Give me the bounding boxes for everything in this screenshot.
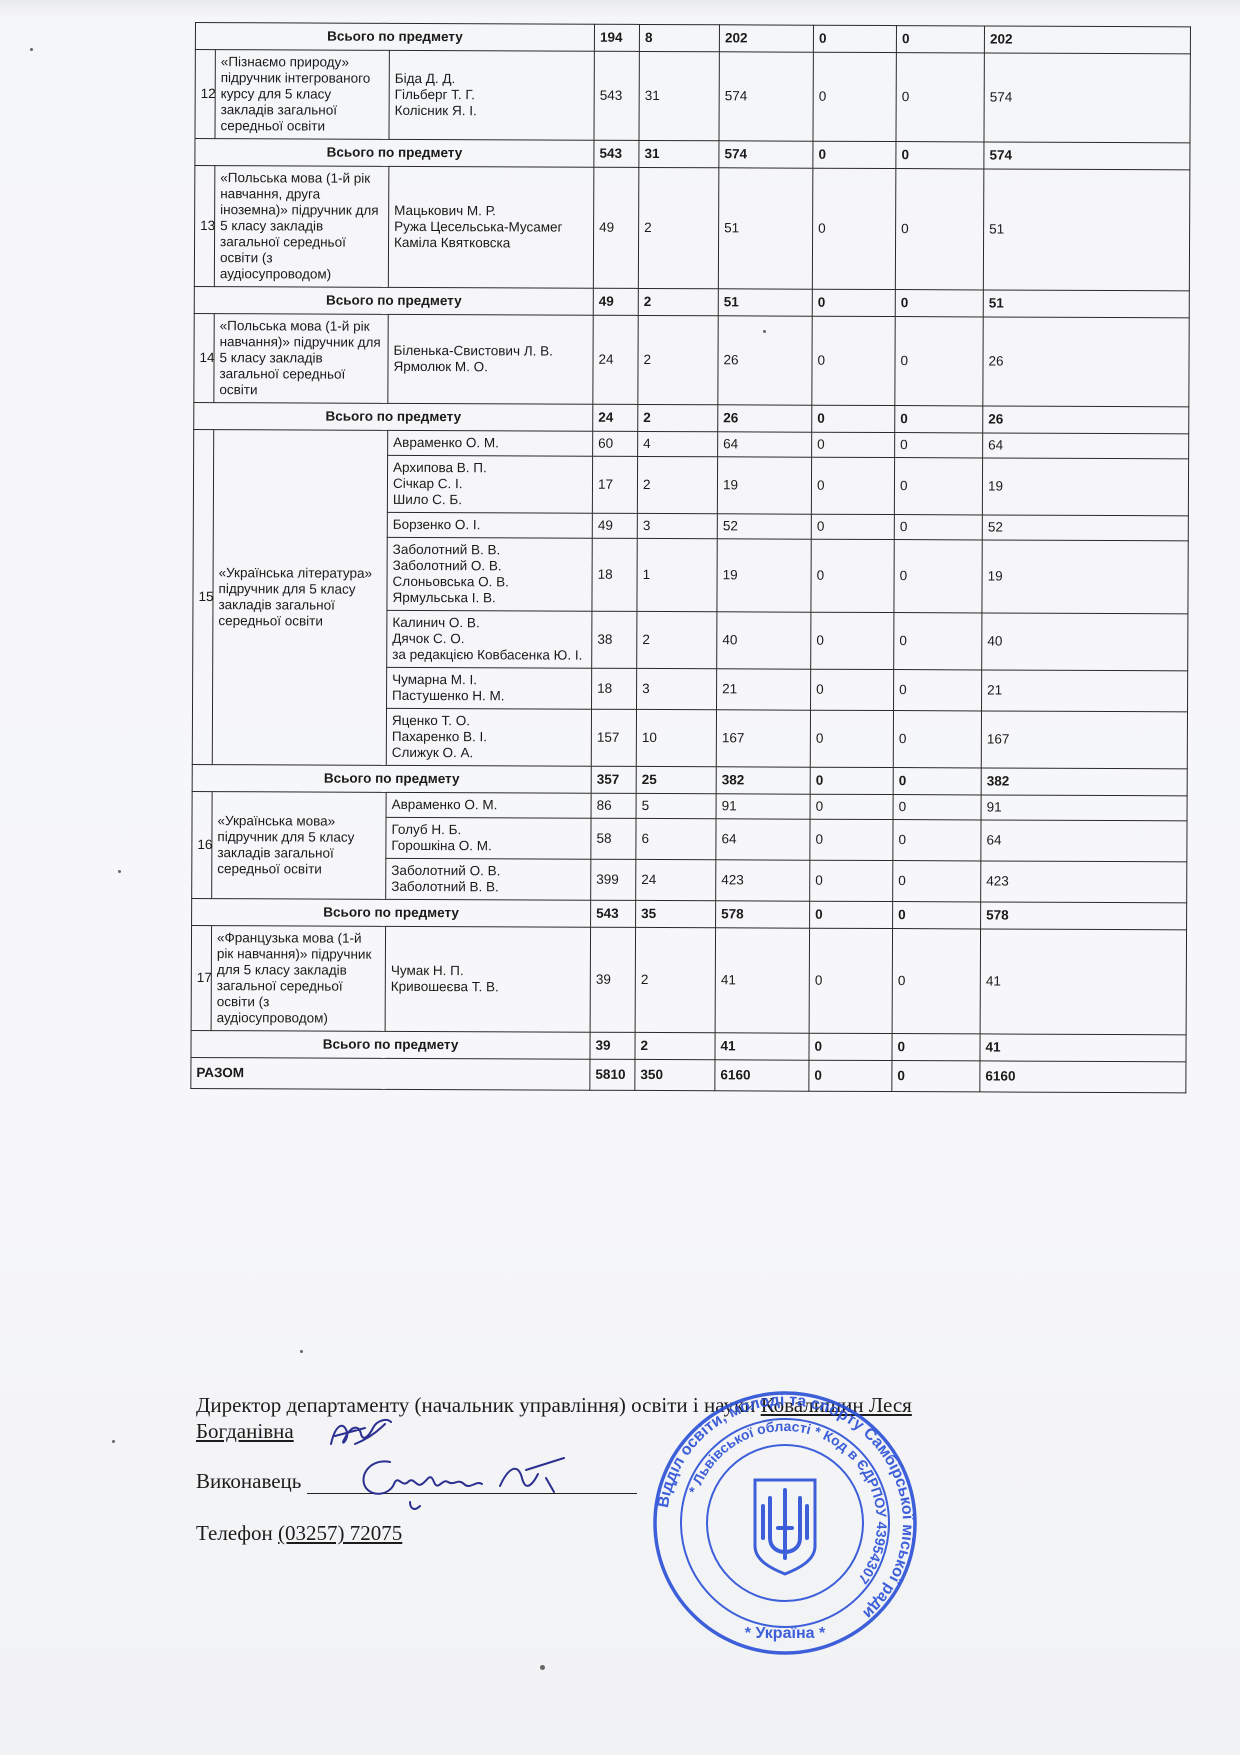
total-value: 0 — [812, 289, 895, 316]
subject-total-row: Всього по предмету3572538200382 — [192, 764, 1187, 795]
value-cell: 19 — [717, 457, 811, 514]
value-cell: 21 — [717, 669, 811, 710]
phone-number: (03257) 72075 — [278, 1521, 402, 1545]
subject-index: 13 — [194, 166, 215, 287]
value-cell: 64 — [983, 433, 1189, 459]
official-stamp: Відділ освіти, молоді та спорту Самбірсь… — [650, 1388, 920, 1658]
total-value: 578 — [981, 902, 1187, 930]
value-cell: 0 — [895, 317, 983, 406]
value-cell: 0 — [893, 820, 981, 861]
total-value: 0 — [892, 1034, 980, 1061]
value-cell: 0 — [811, 612, 894, 669]
total-value: 0 — [895, 406, 983, 433]
total-value: 51 — [983, 290, 1189, 318]
total-value: 39 — [590, 1032, 635, 1059]
authors-cell: Біда Д. Д. Гільберг Т. Г. Колісник Я. І. — [389, 50, 594, 140]
value-cell: 0 — [894, 540, 982, 613]
value-cell: 423 — [716, 860, 810, 901]
value-cell: 60 — [593, 431, 638, 456]
subject-total-row: Всього по предмету5433157400574 — [195, 139, 1190, 170]
value-cell: 26 — [983, 317, 1189, 407]
value-cell: 0 — [895, 433, 983, 458]
authors-cell: Заболотний О. В. Заболотний В. В. — [386, 858, 591, 900]
value-cell: 39 — [590, 927, 635, 1032]
value-cell: 0 — [894, 458, 982, 515]
authors-cell: Калинич О. В. Дячок С. О. за редакцією К… — [387, 610, 592, 668]
value-cell: 0 — [812, 168, 896, 289]
value-cell: 5 — [636, 793, 716, 818]
value-cell: 49 — [593, 167, 639, 288]
total-label: Всього по предмету — [195, 139, 594, 168]
total-value: 202 — [984, 26, 1190, 54]
total-value: 543 — [591, 900, 636, 927]
value-cell: 24 — [636, 859, 716, 900]
total-value: 0 — [892, 1061, 980, 1092]
value-cell: 0 — [894, 613, 982, 670]
total-value: 202 — [719, 25, 813, 52]
total-value: 2 — [638, 288, 718, 315]
value-cell: 0 — [811, 514, 894, 539]
value-cell: 3 — [637, 513, 717, 538]
value-cell: 574 — [719, 52, 813, 141]
table-row: 14«Польська мова (1-й рік навчання)» під… — [194, 313, 1189, 406]
authors-cell: Мацькович М. Р. Ружа Цесельська-Мусамег … — [388, 166, 594, 288]
total-value: 0 — [813, 141, 896, 168]
scan-speck — [118, 870, 121, 873]
authors-cell: Чумарна М. І. Пастушенко Н. М. — [387, 667, 592, 709]
scan-speck — [763, 330, 766, 333]
value-cell: 2 — [638, 315, 718, 404]
total-value: 26 — [718, 405, 812, 432]
value-cell: 0 — [812, 316, 895, 405]
value-cell: 38 — [592, 611, 637, 668]
value-cell: 18 — [592, 538, 637, 611]
executor-signature — [350, 1448, 610, 1514]
authors-cell: Чумак Н. П. Кривошеєва Т. В. — [385, 926, 590, 1032]
total-value: 2 — [638, 404, 718, 431]
value-cell: 24 — [593, 315, 638, 404]
value-cell: 167 — [981, 711, 1187, 769]
total-value: 0 — [810, 767, 893, 794]
subject-index: 12 — [195, 50, 215, 139]
total-value: 41 — [980, 1034, 1186, 1062]
value-cell: 51 — [983, 169, 1190, 291]
subject-index: 17 — [191, 925, 211, 1030]
value-cell: 40 — [982, 613, 1188, 671]
value-cell: 423 — [981, 861, 1187, 903]
subject-title: «Французька мова (1-й рік навчання)» під… — [211, 926, 385, 1032]
executor-label: Виконавець — [196, 1469, 301, 1493]
phone-label: Телефон — [196, 1521, 278, 1545]
value-cell: 0 — [895, 169, 984, 290]
scan-speck — [30, 48, 33, 51]
authors-cell: Авраменко О. М. — [388, 430, 593, 456]
textbook-distribution-table: Всього по предмету19482020020212«Пізнаєм… — [190, 22, 1191, 1093]
total-label: Всього по предмету — [192, 898, 591, 927]
value-cell: 19 — [982, 540, 1188, 614]
value-cell: 157 — [591, 709, 636, 766]
total-value: 41 — [715, 1033, 809, 1060]
value-cell: 58 — [591, 818, 636, 859]
value-cell: 91 — [716, 794, 810, 819]
total-value: 0 — [896, 26, 984, 53]
value-cell: 2 — [637, 456, 717, 513]
value-cell: 1 — [637, 538, 717, 611]
value-cell: 6 — [636, 818, 716, 859]
subject-index: 14 — [194, 313, 214, 402]
value-cell: 0 — [813, 52, 896, 141]
grand-total-row: РАЗОМ58103506160006160 — [191, 1057, 1186, 1092]
table-row: 15«Українська література» підручник для … — [194, 429, 1189, 458]
value-cell: 0 — [811, 457, 894, 514]
subject-index: 16 — [192, 791, 212, 898]
svg-text:* Україна *: * Україна * — [745, 1625, 826, 1642]
scan-speck — [112, 1440, 115, 1443]
value-cell: 0 — [810, 710, 893, 767]
value-cell: 0 — [810, 794, 893, 819]
total-value: 24 — [593, 404, 638, 431]
value-cell: 86 — [591, 793, 636, 818]
total-label: Всього по предмету — [194, 402, 593, 431]
value-cell: 3 — [637, 668, 717, 709]
total-value: 51 — [718, 289, 812, 316]
total-value: 0 — [810, 901, 893, 928]
total-value: 25 — [636, 766, 716, 793]
value-cell: 52 — [717, 514, 811, 539]
value-cell: 40 — [717, 612, 811, 669]
value-cell: 64 — [718, 432, 812, 457]
value-cell: 0 — [896, 53, 984, 142]
total-value: 574 — [984, 142, 1190, 170]
value-cell: 0 — [811, 669, 894, 710]
total-label: Всього по предмету — [195, 23, 594, 52]
subject-index: 15 — [192, 429, 213, 764]
total-value: 382 — [716, 767, 810, 794]
total-value: 543 — [594, 140, 639, 167]
total-value: 0 — [896, 142, 984, 169]
total-value: 194 — [594, 24, 639, 51]
subject-title: «Польська мова (1-й рік навчання, друга … — [214, 166, 389, 288]
total-value: 0 — [895, 290, 983, 317]
value-cell: 2 — [637, 611, 717, 668]
total-value: 2 — [635, 1032, 715, 1059]
value-cell: 574 — [984, 53, 1190, 143]
value-cell: 0 — [810, 819, 893, 860]
subject-total-row: Всього по предмету5433557800578 — [192, 898, 1187, 929]
value-cell: 167 — [716, 710, 810, 767]
value-cell: 51 — [718, 168, 813, 289]
total-value: 0 — [812, 405, 895, 432]
total-value: 0 — [893, 768, 981, 795]
value-cell: 399 — [591, 859, 636, 900]
subject-title: «Пізнаємо природу» підручник інтегровано… — [215, 50, 389, 140]
total-value: 31 — [639, 140, 719, 167]
scan-speck — [540, 1665, 545, 1670]
value-cell: 0 — [894, 515, 982, 540]
authors-cell: Біленька-Свистович Л. В. Ярмолюк М. О. — [388, 314, 593, 404]
value-cell: 31 — [639, 51, 719, 140]
value-cell: 19 — [982, 458, 1188, 516]
total-value: 8 — [639, 24, 719, 51]
scan-speck — [300, 1350, 303, 1353]
value-cell: 19 — [717, 539, 811, 612]
value-cell: 64 — [981, 820, 1187, 862]
total-value: 0 — [809, 1060, 892, 1091]
subject-total-row: Всього по предмету242260026 — [194, 402, 1189, 433]
authors-cell: Голуб Н. Б. Горошкіна О. М. — [386, 817, 591, 859]
total-value: 5810 — [590, 1059, 635, 1090]
total-value: 0 — [893, 902, 981, 929]
value-cell: 41 — [980, 929, 1186, 1035]
value-cell: 0 — [812, 432, 895, 457]
total-label: Всього по предмету — [194, 286, 593, 315]
total-value: 0 — [809, 1033, 892, 1060]
value-cell: 0 — [810, 860, 893, 901]
value-cell: 41 — [715, 928, 809, 1033]
total-value: 26 — [983, 406, 1189, 434]
table-row: 13«Польська мова (1-й рік навчання, друг… — [194, 166, 1190, 291]
subject-title: «Українська мова» підручник для 5 класу … — [212, 792, 386, 900]
total-value: 35 — [636, 900, 716, 927]
value-cell: 18 — [592, 668, 637, 709]
authors-cell: Борзенко О. І. — [387, 512, 592, 538]
authors-cell: Заболотний В. В. Заболотний О. В. Слоньо… — [387, 537, 592, 611]
value-cell: 543 — [594, 51, 639, 140]
total-value: 0 — [813, 25, 896, 52]
total-label: РАЗОМ — [191, 1057, 590, 1090]
value-cell: 91 — [981, 795, 1187, 821]
value-cell: 49 — [592, 513, 637, 538]
value-cell: 0 — [894, 670, 982, 711]
total-value: 49 — [593, 288, 638, 315]
authors-cell: Яценко Т. О. Пахаренко В. І. Слижук О. А… — [386, 708, 591, 766]
value-cell: 10 — [636, 709, 716, 766]
value-cell: 0 — [811, 539, 894, 612]
table-row: 16«Українська мова» підручник для 5 клас… — [192, 791, 1187, 820]
authors-cell: Архипова В. П. Січкар С. І. Шило С. Б. — [387, 455, 592, 513]
table-row: 12«Пізнаємо природу» підручник інтегрова… — [195, 50, 1190, 143]
total-value: 574 — [719, 141, 813, 168]
value-cell: 0 — [893, 795, 981, 820]
total-label: Всього по предмету — [191, 1030, 590, 1059]
subject-total-row: Всього по предмету492510051 — [194, 286, 1189, 317]
value-cell: 2 — [638, 167, 719, 288]
value-cell: 52 — [982, 515, 1188, 541]
value-cell: 0 — [893, 861, 981, 902]
total-value: 578 — [716, 901, 810, 928]
value-cell: 0 — [809, 928, 892, 1033]
subject-title: «Польська мова (1-й рік навчання)» підру… — [214, 314, 388, 404]
subject-title: «Українська література» підручник для 5 … — [212, 430, 387, 766]
subject-total-row: Всього по предмету194820200202 — [195, 23, 1190, 54]
phone-line: Телефон (03257) 72075 — [196, 1520, 402, 1546]
value-cell: 0 — [893, 711, 981, 768]
subject-total-row: Всього по предмету392410041 — [191, 1030, 1186, 1061]
value-cell: 64 — [716, 819, 810, 860]
director-name-continued: Богданівна — [196, 1419, 294, 1443]
total-value: 357 — [591, 766, 636, 793]
total-value: 382 — [981, 768, 1187, 796]
total-value: 6160 — [980, 1061, 1186, 1093]
value-cell: 21 — [982, 670, 1188, 712]
value-cell: 4 — [638, 431, 718, 456]
total-value: 6160 — [715, 1060, 809, 1091]
total-label: Всього по предмету — [192, 764, 591, 793]
table-row: 17«Французька мова (1-й рік навчання)» п… — [191, 925, 1186, 1034]
value-cell: 2 — [635, 927, 715, 1032]
value-cell: 17 — [592, 456, 637, 513]
authors-cell: Авраменко О. М. — [386, 792, 591, 818]
total-value: 350 — [635, 1059, 715, 1090]
value-cell: 0 — [892, 929, 980, 1034]
